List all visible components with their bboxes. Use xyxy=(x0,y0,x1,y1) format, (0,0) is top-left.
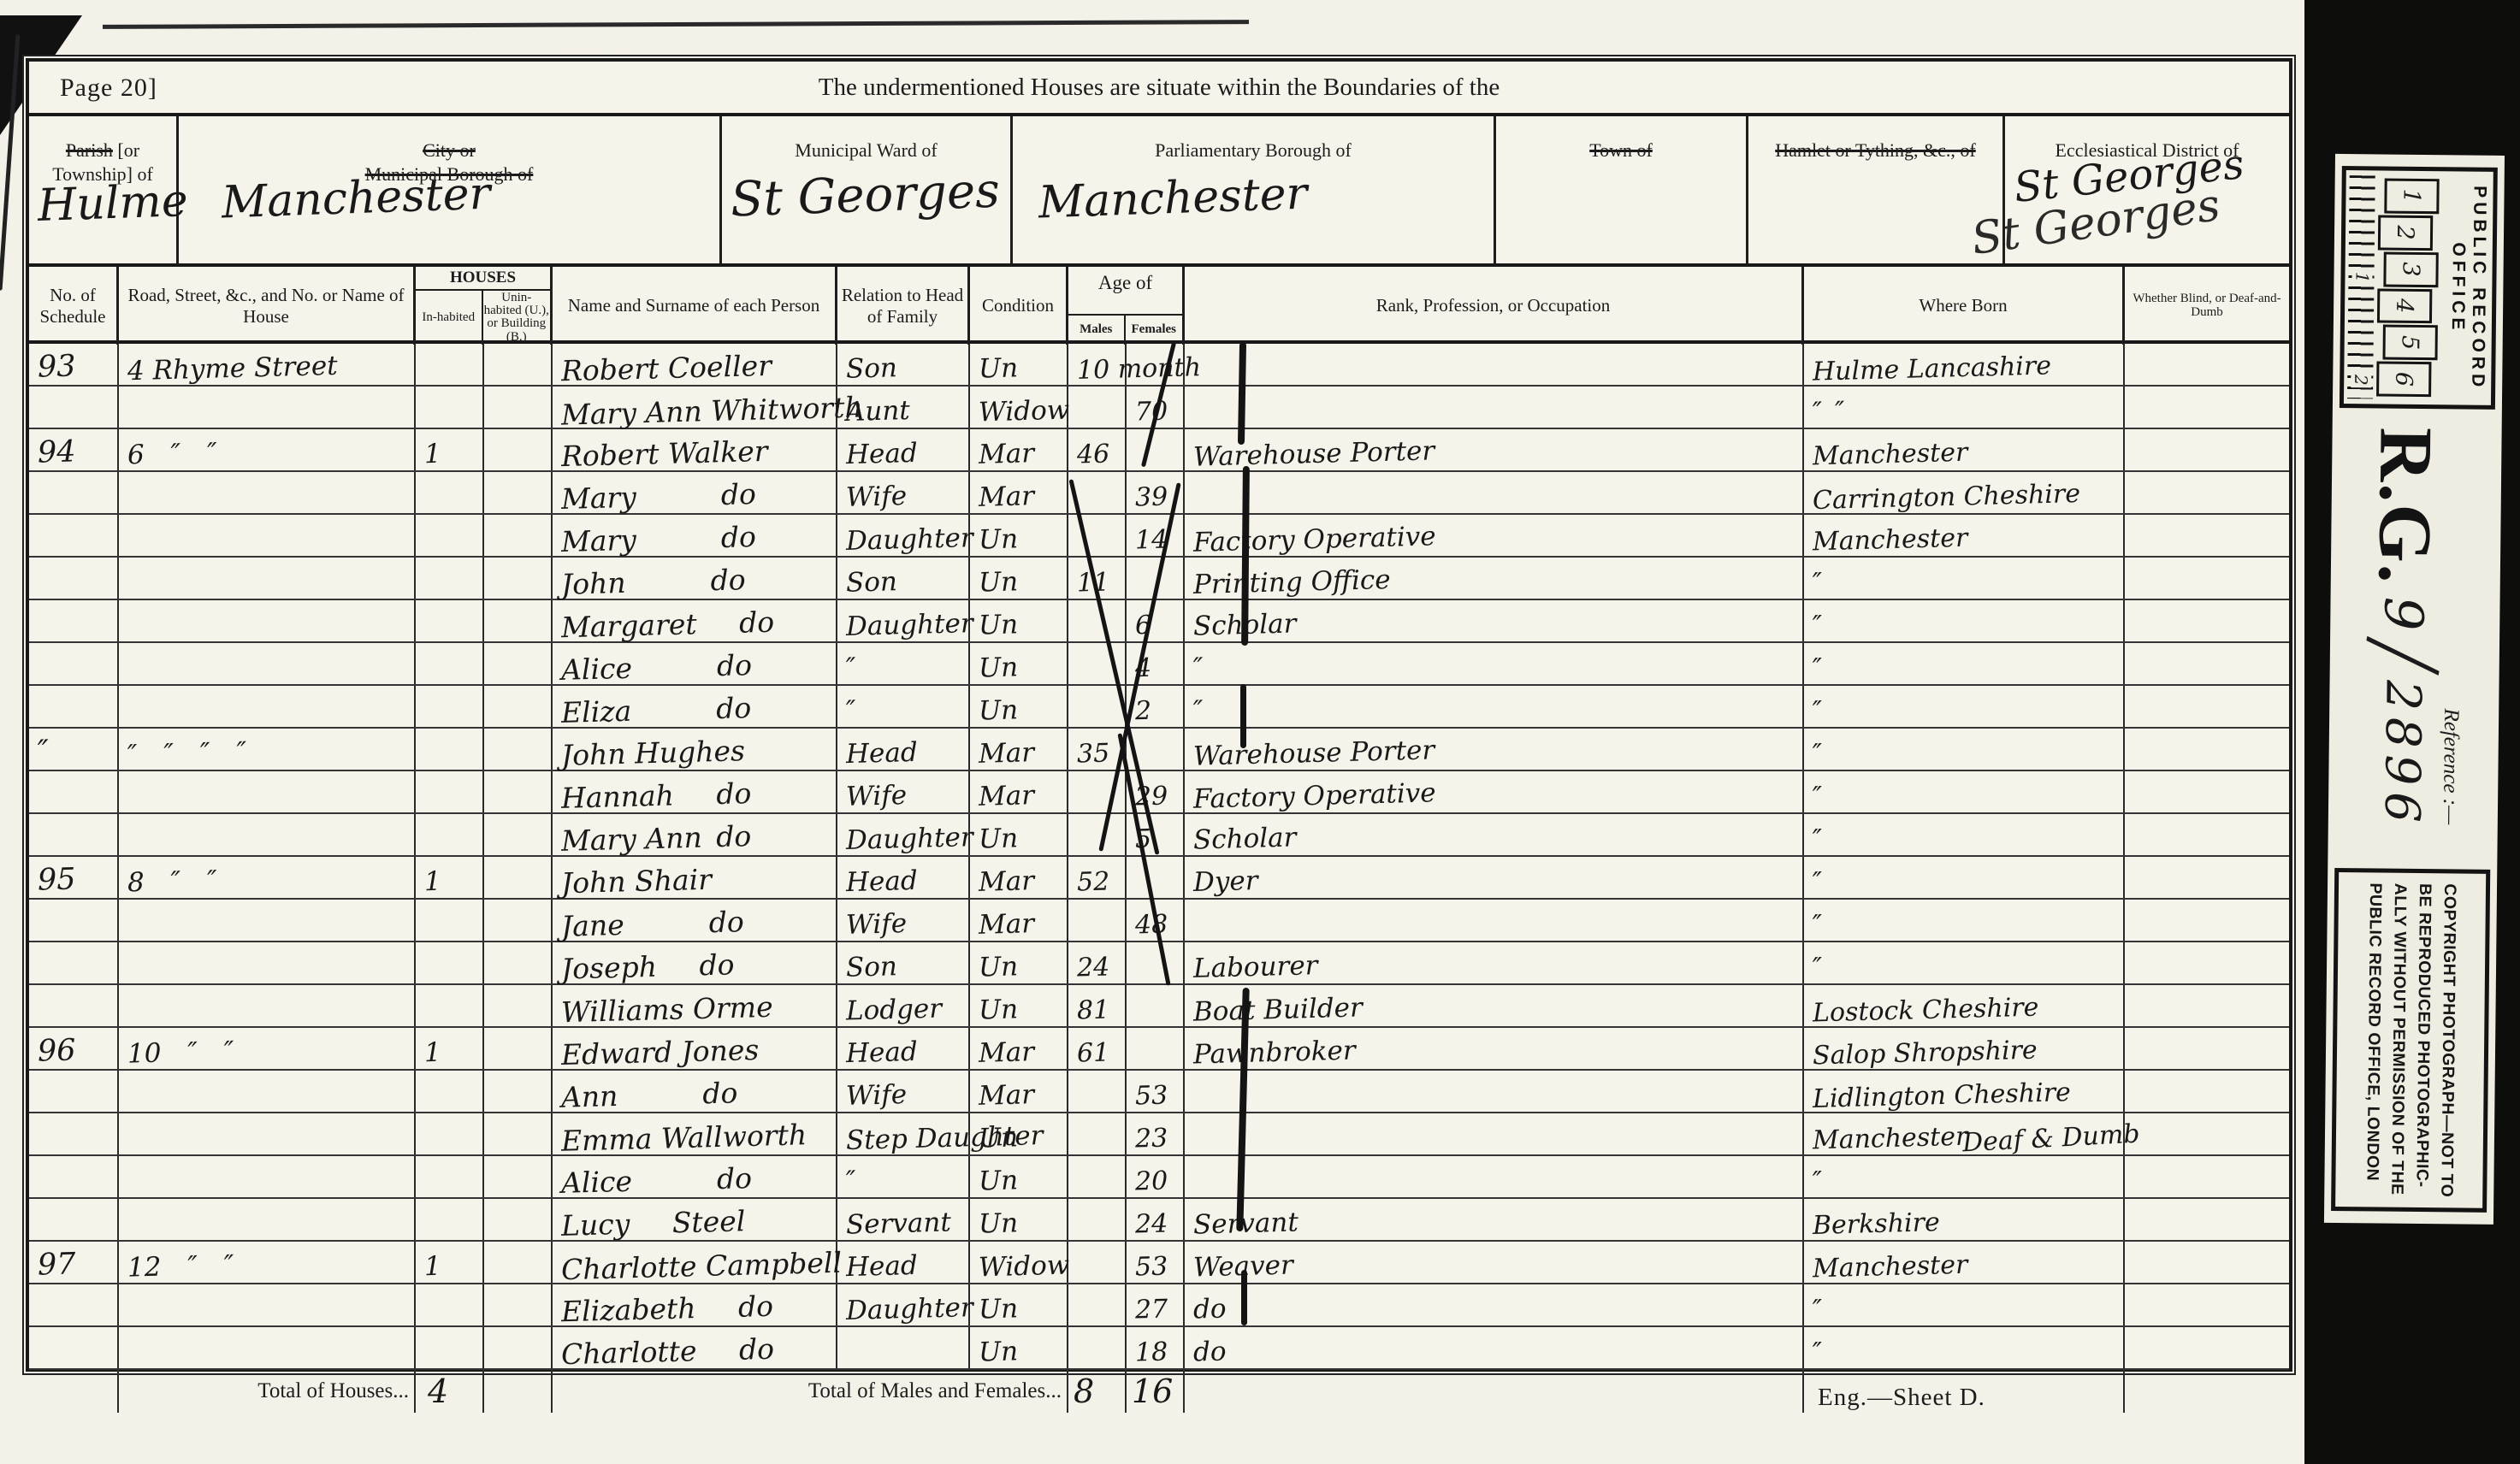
census-sheet: Page 20] The undermentioned Houses are s… xyxy=(26,58,2292,1372)
table-cell-age_m xyxy=(1068,900,1127,941)
ward-label: Municipal Ward of xyxy=(795,139,937,161)
table-cell-name: Eliza do xyxy=(553,686,837,727)
table-cell-condition: Un xyxy=(970,1113,1068,1154)
handwritten-entry: ″ ″ ″ ″ xyxy=(127,739,247,769)
handwritten-entry: Un xyxy=(979,1296,1019,1323)
table-cell-schedule xyxy=(29,942,119,983)
handwritten-entry: Head xyxy=(846,740,919,768)
table-cell-condition: Mar xyxy=(970,472,1068,513)
table-cell-occupation: ″ xyxy=(1185,686,1804,727)
handwritten-entry: Warehouse Porter xyxy=(1193,737,1435,770)
series-code: R.G. xyxy=(2369,427,2439,585)
handwritten-entry: 53 xyxy=(1135,1083,1168,1110)
handwritten-entry: ″ xyxy=(1813,741,1823,767)
table-cell-condition: Un xyxy=(970,515,1068,556)
table-row: 934 Rhyme StreetRobert CoellerSonUn10 mo… xyxy=(29,344,2289,387)
table-cell-relation: Lodger xyxy=(837,985,970,1026)
handwritten-entry: 61 xyxy=(1077,1041,1110,1067)
col-houses-label: HOUSES xyxy=(450,267,516,289)
handwritten-entry: Un xyxy=(979,825,1019,853)
table-cell-name: Robert Coeller xyxy=(553,344,837,385)
table-cell-condition: Widow xyxy=(970,1242,1068,1283)
handwritten-entry: Charlotte do xyxy=(561,1335,775,1369)
totals-spacer xyxy=(29,1370,119,1413)
col-condition: Condition xyxy=(970,267,1068,345)
table-cell-name: Margaret do xyxy=(553,600,837,641)
copyright-line: BE REPRODUCED PHOTOGRAPHIC- xyxy=(2409,883,2437,1197)
table-cell-occupation xyxy=(1185,344,1804,385)
table-cell-born: Hulme Lancashire xyxy=(1804,344,2125,385)
table-cell-condition: Mar xyxy=(970,429,1068,470)
table-row: Mary Ann doDaughterUn5Scholar″ xyxy=(29,814,2289,857)
table-cell-age_m xyxy=(1068,1284,1127,1325)
table-cell-street: 4 Rhyme Street xyxy=(119,344,416,385)
handwritten-entry: Widow xyxy=(979,1253,1070,1282)
table-cell-schedule xyxy=(29,985,119,1026)
table-cell-condition: Un xyxy=(970,1284,1068,1325)
table-cell-remarks xyxy=(2125,515,2289,556)
handwritten-entry: Head xyxy=(846,868,919,896)
col-relation-label: Relation to Head of Family xyxy=(841,285,964,326)
table-cell-inhabited xyxy=(416,814,484,855)
table-cell-name: John Hughes xyxy=(553,729,837,770)
handwritten-entry: 96 xyxy=(38,1036,76,1066)
table-cell-street xyxy=(119,1327,416,1368)
table-cell-remarks xyxy=(2125,1199,2289,1240)
table-cell-relation: Son xyxy=(837,344,970,385)
table-cell-name: Elizabeth do xyxy=(553,1284,837,1325)
table-cell-age_m xyxy=(1068,1199,1127,1240)
handwritten-entry: ″ xyxy=(1813,827,1823,853)
handwritten-entry: Mary do xyxy=(561,522,757,556)
table-cell-remarks xyxy=(2125,429,2289,470)
table-cell-condition: Mar xyxy=(970,1028,1068,1069)
table-cell-relation: Wife xyxy=(837,472,970,513)
table-cell-condition: Un xyxy=(970,985,1068,1026)
table-cell-inhabited xyxy=(416,515,484,556)
table-cell-street xyxy=(119,1199,416,1240)
table-cell-uninhabited xyxy=(484,429,553,470)
parliamentary-borough-cell: Parliamentary Borough of Manchester xyxy=(1013,116,1496,263)
table-cell-occupation: Scholar xyxy=(1185,814,1804,855)
table-cell-relation: Wife xyxy=(837,771,970,812)
table-row: Mary doWifeMar39Carrington Cheshire xyxy=(29,472,2289,515)
table-row: Mary doDaughterUn14Factory OperativeManc… xyxy=(29,515,2289,558)
handwritten-entry: ″ xyxy=(846,698,856,724)
table-row: Ann doWifeMar53Lidlington Cheshire xyxy=(29,1071,2289,1113)
handwritten-entry: Warehouse Porter xyxy=(1193,438,1435,470)
table-cell-name: Jane do xyxy=(553,900,837,941)
ruler-inch-mark: 1 xyxy=(2351,269,2372,286)
pro-scale-numbers: 1 2 3 4 5 6 xyxy=(2382,178,2440,398)
table-cell-relation: Head xyxy=(837,857,970,898)
handwritten-entry: 6 ″ ″ xyxy=(127,440,218,469)
handwritten-entry: John Shair xyxy=(561,865,713,898)
table-cell-remarks xyxy=(2125,1242,2289,1283)
table-cell-schedule xyxy=(29,1113,119,1154)
table-cell-born: Manchester xyxy=(1804,429,2125,470)
handwritten-entry: Manchester xyxy=(1813,1125,1968,1154)
handwritten-entry: Son xyxy=(846,569,898,597)
table-row: 9712 ″ ″1Charlotte CampbellHeadWidow53We… xyxy=(29,1242,2289,1284)
parliamentary-borough-label: Parliamentary Borough of xyxy=(1155,139,1352,161)
sheet-footer-note: Eng.—Sheet D. xyxy=(1818,1384,1985,1412)
handwritten-entry: 10 ″ ″ xyxy=(127,1038,234,1067)
table-cell-inhabited xyxy=(416,1199,484,1240)
col-name-label: Name and Surname of each Person xyxy=(568,295,819,316)
table-cell-age_m: 24 xyxy=(1068,942,1127,983)
table-cell-name: Emma Wallworth xyxy=(553,1113,837,1154)
col-schedule: No. of Schedule xyxy=(29,267,119,345)
table-cell-name: Alice do xyxy=(553,643,837,684)
table-cell-uninhabited xyxy=(484,1284,553,1325)
table-cell-schedule xyxy=(29,771,119,812)
table-cell-name: Lucy Steel xyxy=(553,1199,837,1240)
col-age-group: Age of Males Females xyxy=(1068,267,1185,345)
handwritten-entry: Mar xyxy=(979,782,1035,811)
table-row: Alice do″Un4″″ xyxy=(29,643,2289,686)
table-cell-remarks xyxy=(2125,900,2289,941)
handwritten-entry: John do xyxy=(561,565,746,599)
handwritten-entry: Printing Office xyxy=(1193,567,1391,599)
table-cell-schedule xyxy=(29,1199,119,1240)
table-cell-age_m xyxy=(1068,515,1127,556)
table-cell-name: John Shair xyxy=(553,857,837,898)
col-born: Where Born xyxy=(1804,267,2125,345)
table-cell-uninhabited xyxy=(484,558,553,599)
handwritten-entry: Un xyxy=(979,526,1019,553)
pro-scale-box: PUBLIC RECORD OFFICE 1 2 3 4 5 6 1 2 xyxy=(2340,166,2498,410)
table-cell-street xyxy=(119,472,416,513)
handwritten-entry: Widow xyxy=(979,398,1070,427)
table-cell-inhabited xyxy=(416,1284,484,1325)
col-occupation: Rank, Profession, or Occupation xyxy=(1185,267,1804,345)
table-cell-occupation: do xyxy=(1185,1284,1804,1325)
parish-cell: Parish [or Township] of Hulme xyxy=(29,116,179,263)
table-cell-remarks xyxy=(2125,600,2289,641)
table-cell-condition: Un xyxy=(970,643,1068,684)
table-cell-inhabited: 1 xyxy=(416,429,484,470)
table-cell-age_f xyxy=(1127,344,1185,385)
table-cell-condition: Mar xyxy=(970,729,1068,770)
table-cell-uninhabited xyxy=(484,1113,553,1154)
pro-ruler: 1 2 xyxy=(2347,175,2375,398)
table-cell-condition: Mar xyxy=(970,1071,1068,1112)
table-cell-inhabited xyxy=(416,985,484,1026)
parish-value: Hulme xyxy=(37,174,189,234)
table-cell-schedule: 94 xyxy=(29,429,119,470)
handwritten-entry: Manchester xyxy=(1813,526,1968,556)
table-cell-born: ″ xyxy=(1804,1284,2125,1325)
table-cell-age_f xyxy=(1127,1028,1185,1069)
handwritten-entry: Un xyxy=(979,1210,1019,1237)
table-cell-condition: Un xyxy=(970,600,1068,641)
table-cell-born: ″ ″ xyxy=(1804,387,2125,428)
handwritten-entry: Un xyxy=(979,611,1019,639)
table-cell-age_m xyxy=(1068,387,1127,428)
table-cell-occupation: Factory Operative xyxy=(1185,771,1804,812)
total-houses-value-cell: 4 xyxy=(416,1370,484,1413)
table-cell-schedule: 93 xyxy=(29,344,119,385)
table-cell-remarks xyxy=(2125,1028,2289,1069)
table-cell-born: ″ xyxy=(1804,857,2125,898)
table-cell-occupation: Warehouse Porter xyxy=(1185,429,1804,470)
handwritten-entry: Un xyxy=(979,1338,1019,1366)
handwritten-entry: 53 xyxy=(1135,1254,1168,1281)
table-cell-condition: Un xyxy=(970,1199,1068,1240)
handwritten-entry: Scholar xyxy=(1193,824,1297,853)
borough-value: Manchester xyxy=(221,167,491,232)
handwritten-entry: ″ xyxy=(1813,1169,1823,1195)
handwritten-entry: Eliza do xyxy=(561,694,752,727)
table-cell-occupation xyxy=(1185,1113,1804,1154)
handwritten-entry: ″ xyxy=(38,737,50,767)
table-cell-inhabited xyxy=(416,600,484,641)
table-cell-age_m: 52 xyxy=(1068,857,1127,898)
total-females-cell: 16 xyxy=(1127,1370,1185,1413)
table-cell-occupation: Pawnbroker xyxy=(1185,1028,1804,1069)
table-cell-remarks xyxy=(2125,686,2289,727)
col-age-label: Age of xyxy=(1068,267,1182,296)
table-cell-age_f: 20 xyxy=(1127,1156,1185,1197)
title-band: Page 20] The undermentioned Houses are s… xyxy=(29,62,2289,116)
handwritten-entry: Mar xyxy=(979,483,1035,511)
handwritten-entry: Head xyxy=(846,440,919,469)
table-row: Williams OrmeLodgerUn81Boat BuilderLosto… xyxy=(29,985,2289,1028)
table-cell-born: Manchester xyxy=(1804,515,2125,556)
table-cell-street: 6 ″ ″ xyxy=(119,429,416,470)
ward-value: St Georges xyxy=(730,162,1001,231)
handwritten-entry: Mar xyxy=(979,440,1035,469)
table-cell-name: Edward Jones xyxy=(553,1028,837,1069)
handwritten-entry: ″ xyxy=(1193,698,1204,724)
handwritten-entry: 39 xyxy=(1135,485,1168,511)
handwritten-entry: Un xyxy=(979,953,1019,981)
handwritten-entry: Mary Ann Whitworth xyxy=(561,393,863,428)
col-relation: Relation to Head of Family xyxy=(837,267,970,345)
table-row: 958 ″ ″1John ShairHeadMar52Dyer″ xyxy=(29,857,2289,900)
handwritten-entry: ″ xyxy=(1193,655,1204,682)
table-cell-remarks xyxy=(2125,1327,2289,1368)
table-cell-age_m: 61 xyxy=(1068,1028,1127,1069)
pro-reference-block: Reference :— R.G. 9 / 2896 xyxy=(2334,427,2494,851)
table-cell-schedule xyxy=(29,643,119,684)
table-cell-schedule: 96 xyxy=(29,1028,119,1069)
table-cell-occupation xyxy=(1185,387,1804,428)
table-cell-born: Manchester xyxy=(1804,1242,2125,1283)
handwritten-entry: 1 xyxy=(424,441,442,469)
col-males-label: Males xyxy=(1068,316,1126,345)
handwritten-entry: 23 xyxy=(1135,1126,1168,1153)
location-header-band: Parish [or Township] of Hulme City or Mu… xyxy=(29,116,2289,267)
handwritten-entry: 4 Rhyme Street xyxy=(127,353,338,385)
table-cell-uninhabited xyxy=(484,1028,553,1069)
col-houses-group: HOUSES In-habited Unin-habited (U.), or … xyxy=(416,267,553,345)
table-cell-name: Hannah do xyxy=(553,771,837,812)
handwritten-entry: Robert Walker xyxy=(561,437,768,470)
table-cell-inhabited xyxy=(416,729,484,770)
table-cell-relation: Son xyxy=(837,558,970,599)
table-row: Alice do″Un20″ xyxy=(29,1156,2289,1199)
table-cell-uninhabited xyxy=(484,1071,553,1112)
scale-number: 5 xyxy=(2382,325,2437,361)
table-cell-age_f: 23 xyxy=(1127,1113,1185,1154)
handwritten-entry: 1 xyxy=(424,1040,442,1067)
table-cell-uninhabited xyxy=(484,515,553,556)
table-cell-remarks xyxy=(2125,729,2289,770)
census-scan-page: Page 20] The undermentioned Houses are s… xyxy=(0,0,2520,1464)
handwritten-entry: Wife xyxy=(846,483,908,511)
handwritten-entry: ″ xyxy=(1813,784,1823,810)
table-cell-condition: Un xyxy=(970,1327,1068,1368)
table-cell-born: Carrington Cheshire xyxy=(1804,472,2125,513)
table-cell-inhabited: 1 xyxy=(416,1242,484,1283)
table-cell-name: John do xyxy=(553,558,837,599)
table-cell-schedule: 95 xyxy=(29,857,119,898)
table-cell-schedule xyxy=(29,387,119,428)
table-cell-relation: Aunt xyxy=(837,387,970,428)
handwritten-entry: Servant xyxy=(846,1209,952,1238)
handwritten-entry: Servant xyxy=(1193,1209,1299,1238)
handwritten-entry: Alice do xyxy=(561,1164,753,1197)
table-row: Margaret doDaughterUn6Scholar″ xyxy=(29,600,2289,643)
table-cell-street xyxy=(119,900,416,941)
handwritten-entry: Jane do xyxy=(561,907,744,941)
total-males-value: 8 xyxy=(1068,1372,1094,1410)
handwritten-entry: Un xyxy=(979,654,1019,682)
table-cell-uninhabited xyxy=(484,1156,553,1197)
handwritten-entry: ″ xyxy=(1813,870,1823,895)
totals-spacer xyxy=(1185,1370,1804,1413)
table-row: Hannah doWifeMar29Factory Operative″ xyxy=(29,771,2289,814)
table-cell-name: Joseph do xyxy=(553,942,837,983)
table-cell-condition: Un xyxy=(970,942,1068,983)
table-cell-schedule xyxy=(29,900,119,941)
copyright-line: PUBLIC RECORD OFFICE, LONDON xyxy=(2359,883,2387,1196)
handwritten-entry: Daughter xyxy=(846,525,973,555)
town-cell: Town of xyxy=(1496,116,1748,263)
col-houses-subcols: In-habited Unin-habited (U.), or Buildin… xyxy=(416,289,550,345)
handwritten-entry: Pawnbroker xyxy=(1193,1038,1356,1069)
table-cell-condition: Widow xyxy=(970,387,1068,428)
table-cell-uninhabited xyxy=(484,1242,553,1283)
handwritten-entry: Aunt xyxy=(846,398,911,426)
table-cell-inhabited xyxy=(416,1327,484,1368)
table-cell-age_f xyxy=(1127,429,1185,470)
table-cell-condition: Un xyxy=(970,686,1068,727)
copyright-line: ALLY WITHOUT PERMISSION OF THE xyxy=(2384,883,2412,1197)
handwritten-entry: Daughter xyxy=(846,824,973,854)
table-cell-name: Robert Walker xyxy=(553,429,837,470)
table-cell-inhabited xyxy=(416,1156,484,1197)
table-cell-age_m: 81 xyxy=(1068,985,1127,1026)
handwritten-entry: ″ xyxy=(1813,912,1823,938)
handwritten-entry: ″ xyxy=(846,655,856,682)
table-cell-age_f: 18 xyxy=(1127,1327,1185,1368)
col-street-label: Road, Street, &c., and No. or Name of Ho… xyxy=(122,285,410,326)
table-cell-occupation xyxy=(1185,472,1804,513)
table-cell-age_f: 24 xyxy=(1127,1199,1185,1240)
handwritten-entry: 52 xyxy=(1077,870,1110,896)
table-cell-relation: Head xyxy=(837,1028,970,1069)
table-cell-age_m xyxy=(1068,1242,1127,1283)
table-row: 946 ″ ″1Robert WalkerHeadMar46Warehouse … xyxy=(29,429,2289,472)
handwritten-entry: Joseph do xyxy=(561,950,735,983)
handwritten-entry: Ann do xyxy=(561,1078,738,1111)
table-cell-born: ″ xyxy=(1804,900,2125,941)
table-cell-born: Salop Shropshire xyxy=(1804,1028,2125,1069)
handwritten-entry: Un xyxy=(979,355,1019,382)
handwritten-entry: 20 xyxy=(1135,1169,1168,1195)
totals-spacer xyxy=(484,1370,553,1413)
table-cell-street xyxy=(119,1113,416,1154)
table-cell-age_f: 6 xyxy=(1127,600,1185,641)
table-cell-street xyxy=(119,814,416,855)
handwritten-entry: Alice do xyxy=(561,651,753,684)
handwritten-entry: Mary Ann do xyxy=(561,822,752,855)
table-cell-remarks xyxy=(2125,1156,2289,1197)
census-rows: 934 Rhyme StreetRobert CoellerSonUn10 mo… xyxy=(29,344,2289,1370)
handwritten-entry: Wife xyxy=(846,911,908,939)
table-cell-uninhabited xyxy=(484,814,553,855)
handwritten-entry: Hulme Lancashire xyxy=(1813,353,2052,385)
table-cell-born: Berkshire xyxy=(1804,1199,2125,1240)
pen-stroke xyxy=(1240,684,1246,748)
handwritten-entry: Son xyxy=(846,355,898,383)
column-header-row: No. of Schedule Road, Street, &c., and N… xyxy=(29,267,2289,344)
town-label-struck: Town of xyxy=(1589,139,1653,161)
table-cell-age_f: 53 xyxy=(1127,1242,1185,1283)
table-cell-inhabited xyxy=(416,900,484,941)
table-cell-street: 12 ″ ″ xyxy=(119,1242,416,1283)
table-cell-relation: Daughter xyxy=(837,515,970,556)
table-cell-age_m xyxy=(1068,1071,1127,1112)
table-cell-remarks xyxy=(2125,387,2289,428)
handwritten-entry: 95 xyxy=(38,865,76,895)
table-cell-schedule xyxy=(29,1327,119,1368)
sheet-title: The undermentioned Houses are situate wi… xyxy=(29,74,2289,102)
table-cell-street xyxy=(119,600,416,641)
parliamentary-borough-value: Manchester xyxy=(1038,167,1308,232)
table-cell-uninhabited xyxy=(484,900,553,941)
table-cell-remarks xyxy=(2125,344,2289,385)
total-houses-label: Total of Houses... xyxy=(119,1379,414,1403)
handwritten-entry: 18 xyxy=(1135,1340,1168,1367)
table-cell-condition: Mar xyxy=(970,771,1068,812)
table-cell-uninhabited xyxy=(484,472,553,513)
table-cell-inhabited xyxy=(416,1113,484,1154)
table-cell-age_f: 14 xyxy=(1127,515,1185,556)
table-cell-name: Mary Ann Whitworth xyxy=(553,387,837,428)
table-cell-name: Williams Orme xyxy=(553,985,837,1026)
table-cell-occupation: Labourer xyxy=(1185,942,1804,983)
handwritten-entry: Robert Coeller xyxy=(561,351,772,385)
total-houses-label-cell: Total of Houses... xyxy=(119,1370,416,1413)
table-cell-age_m xyxy=(1068,814,1127,855)
handwritten-entry: Head xyxy=(846,1253,919,1281)
table-cell-inhabited xyxy=(416,472,484,513)
table-cell-uninhabited xyxy=(484,600,553,641)
table-cell-occupation: Boat Builder xyxy=(1185,985,1804,1026)
table-cell-relation: Son xyxy=(837,942,970,983)
table-cell-uninhabited xyxy=(484,1199,553,1240)
handwritten-entry: John Hughes xyxy=(561,736,746,770)
table-cell-remarks xyxy=(2125,1071,2289,1112)
handwritten-entry: Un xyxy=(979,996,1019,1024)
handwritten-entry: ″ xyxy=(1813,613,1823,639)
table-cell-occupation: Dyer xyxy=(1185,857,1804,898)
table-cell-schedule xyxy=(29,472,119,513)
